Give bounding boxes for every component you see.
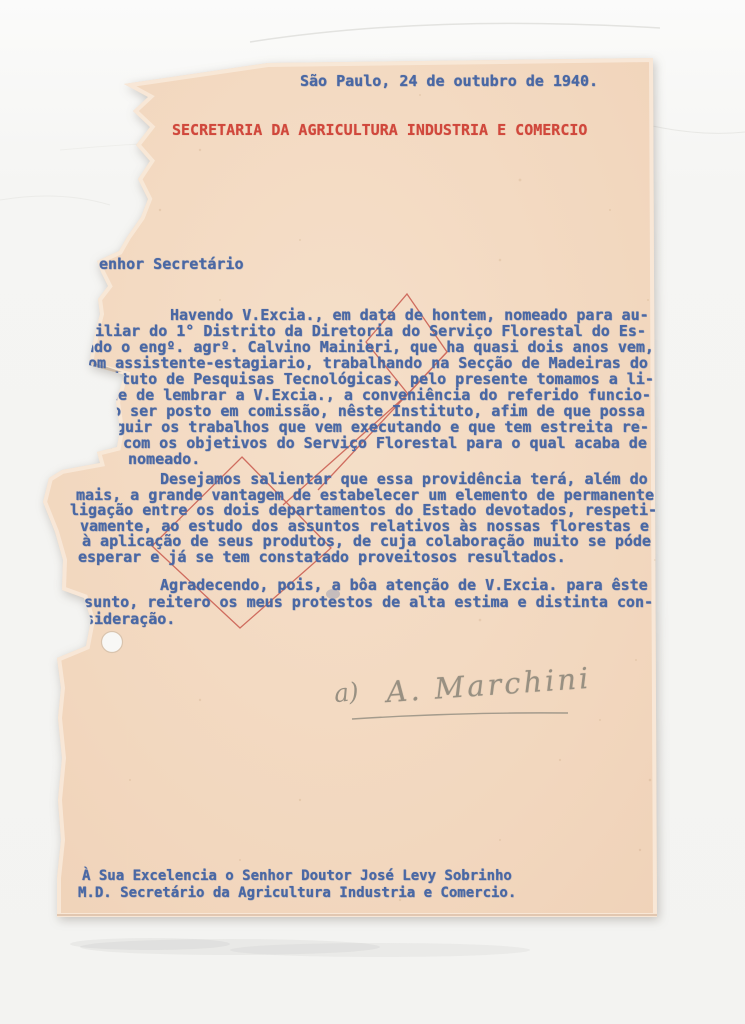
date-line: São Paulo, 24 de outubro de 1940. [300,73,598,89]
letter-scan: São Paulo, 24 de outubro de 1940. SECRET… [0,0,745,1024]
letter-line: à aplicação de seus produtos, de cuja co… [82,533,651,549]
salutation-line: enhor Secretário [99,256,244,272]
letter-line: o ser posto em comissão, nêste Instituto… [112,403,645,419]
addressee-line: À Sua Excelencia o Senhor Doutor José Le… [82,868,512,884]
letter-line: ituto de Pesquisas Tecnológicas, pelo pr… [112,371,654,387]
letter-line: Desejamos salientar que essa providência… [160,471,648,487]
letter-paper: São Paulo, 24 de outubro de 1940. SECRET… [0,0,745,1024]
letter-line: iliar do 1° Distrito da Diretoria do Ser… [95,323,646,339]
letter-line: eguir os trabalhos que vem executando e … [107,419,649,435]
letter-line: sideração. [85,611,175,627]
punch-hole [102,632,123,653]
letter-line: ligação entre os dois departamentos do E… [70,502,657,518]
letter-line: ade de lembrar a V.Excia., a conveniênci… [100,387,651,403]
addressee-line: M.D. Secretário da Agricultura Industria… [78,885,516,901]
paper-crease [470,740,540,860]
letter-line: assunto, reitero os meus protestos de al… [66,594,653,610]
letterhead-line: SECRETARIA DA AGRICULTURA INDUSTRIA E CO… [172,122,587,138]
letter-line: Agradecendo, pois, a bôa atenção de V.Ex… [160,577,648,593]
letter-line: o com os objetivos do Serviço Florestal … [105,435,647,451]
signature-underline [352,713,568,719]
letter-line: esperar e já se tem constatado proveitos… [78,549,566,565]
letter-line: Havendo V.Excia., em data de hontem, nom… [170,307,649,323]
letter-line: nomeado. [128,451,200,467]
signature-prefix: a) [333,677,361,708]
letter-line: om assistente-estagiario, trabalhando na… [88,355,648,371]
letter-line: ado o engº. agrº. Calvino Mainieri, que … [85,339,654,355]
